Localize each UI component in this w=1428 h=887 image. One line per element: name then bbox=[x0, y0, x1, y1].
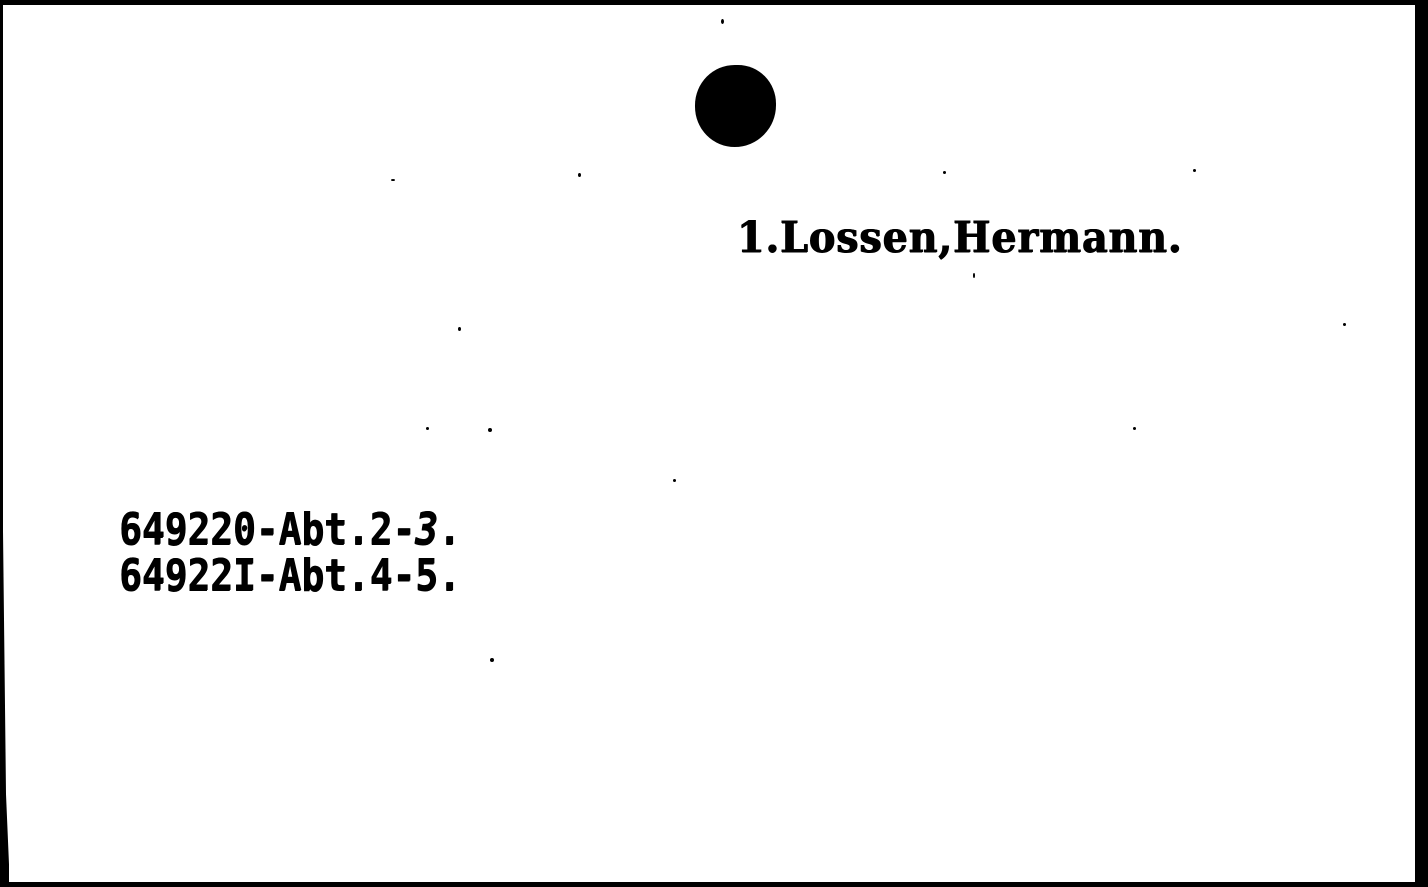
scan-speck bbox=[1343, 323, 1346, 326]
scan-speck bbox=[578, 173, 581, 177]
struck-digit: 3 bbox=[415, 504, 438, 555]
scan-speck bbox=[488, 428, 492, 432]
reference-block: 649220-Abt.2-3. 64922I-Abt.4-5. bbox=[119, 507, 461, 599]
scan-speck bbox=[426, 427, 429, 430]
scan-speck bbox=[973, 273, 975, 278]
reference-line-2: 64922I-Abt.4-5. bbox=[119, 553, 461, 599]
reference-line-1-prefix: 649220-Abt.2- bbox=[119, 504, 415, 555]
punch-hole bbox=[695, 65, 776, 147]
scan-speck bbox=[721, 19, 724, 24]
scan-speck bbox=[943, 171, 946, 174]
reference-line-1: 649220-Abt.2-3. bbox=[119, 507, 461, 553]
index-card: 1.Lossen,Hermann. 649220-Abt.2-3. 64922I… bbox=[3, 5, 1415, 882]
scan-speck bbox=[673, 479, 676, 482]
scan-speck bbox=[458, 327, 461, 331]
reference-line-1-period: . bbox=[438, 504, 461, 555]
scan-speck bbox=[490, 658, 494, 662]
scan-speck bbox=[391, 179, 395, 181]
name-entry: 1.Lossen,Hermann. bbox=[737, 213, 1183, 263]
scan-speck bbox=[1133, 427, 1136, 430]
scan-speck bbox=[1193, 169, 1196, 172]
